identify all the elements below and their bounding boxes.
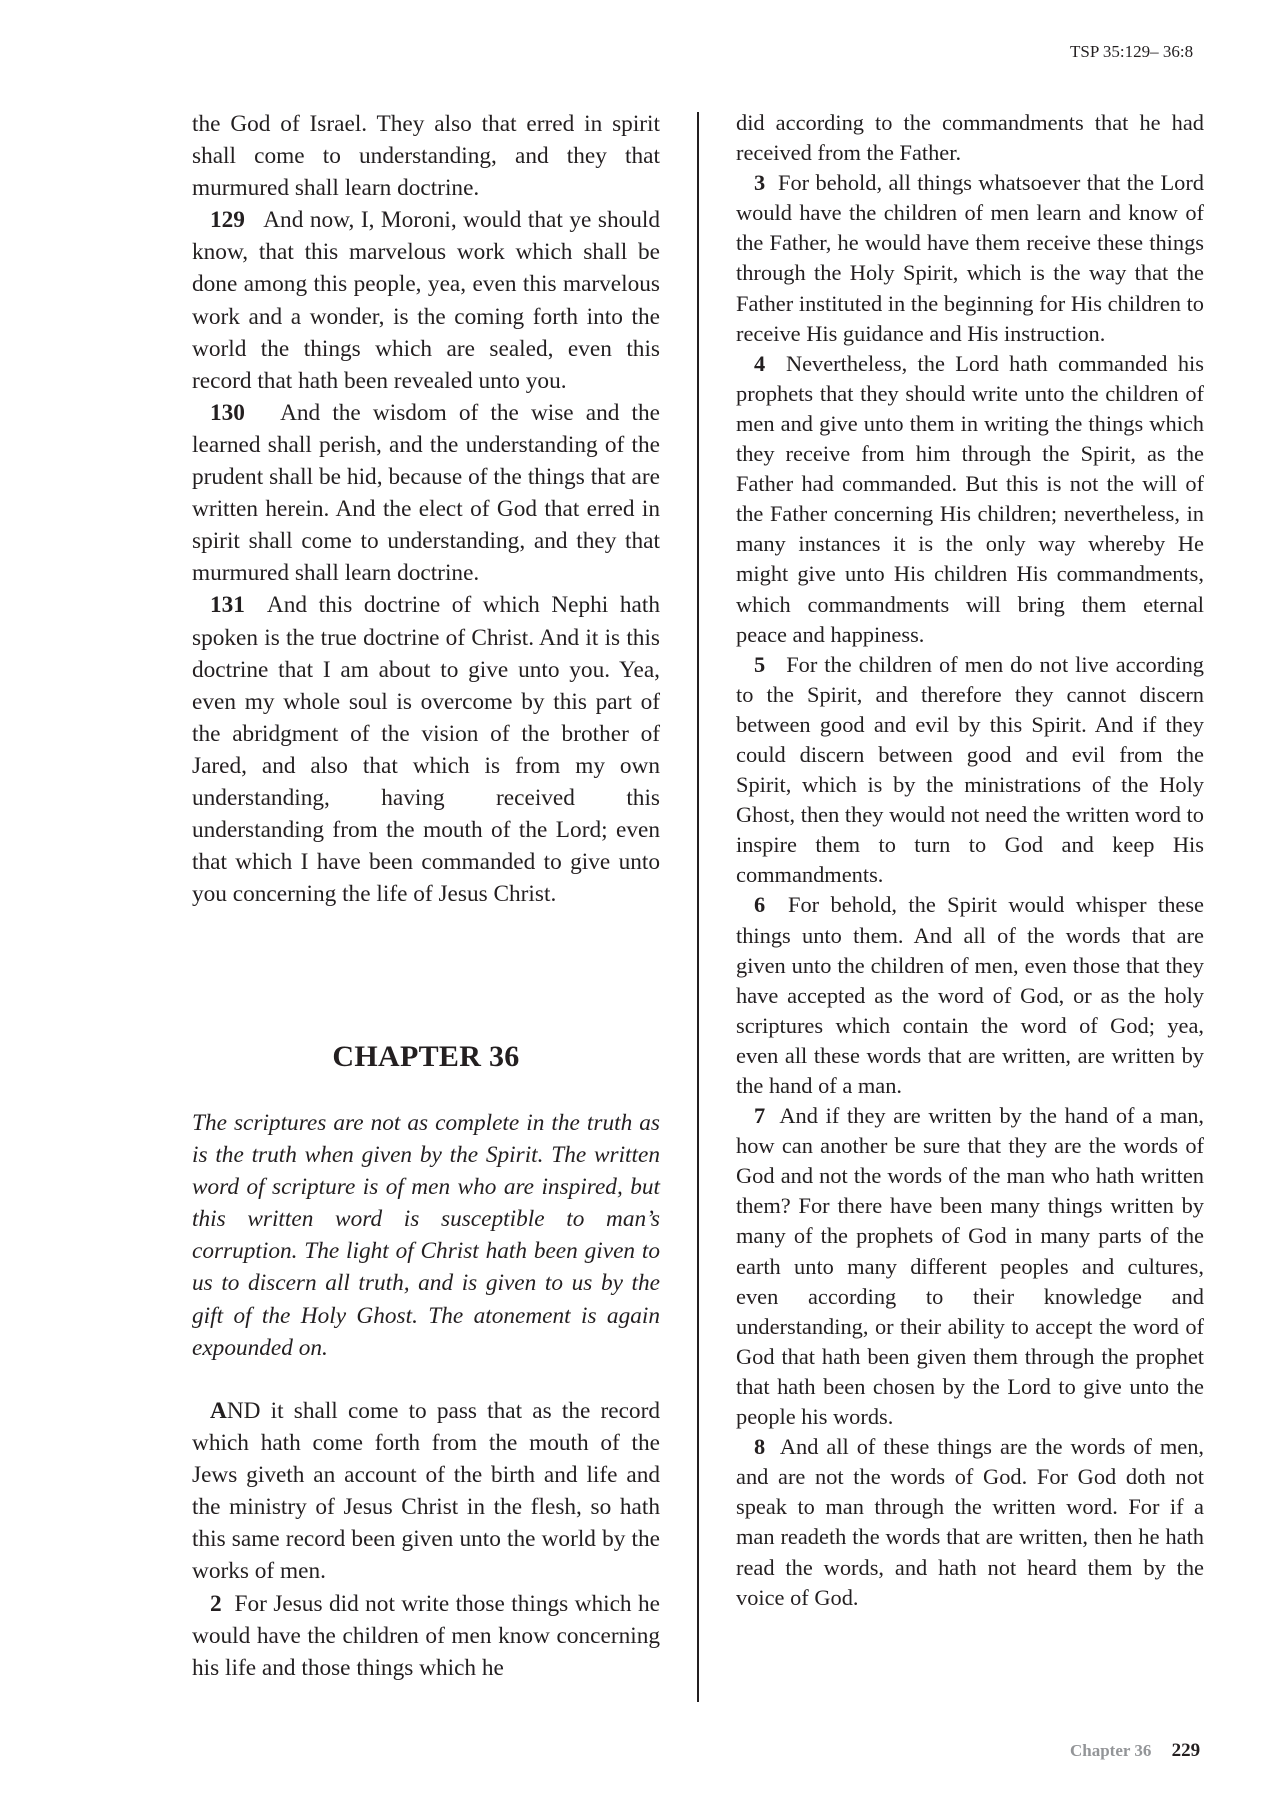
verse-5: 5 For the children of men do not live ac… [736, 650, 1204, 891]
verse-text: Nevertheless, the Lord hath commanded hi… [736, 351, 1204, 647]
verse-number: 131 [210, 592, 245, 618]
verse-text: And if they are written by the hand of a… [736, 1103, 1204, 1429]
verse-text: And now, I, Moroni, would that ye should… [192, 207, 660, 393]
verse-129: 129 And now, I, Moroni, would that ye sh… [192, 204, 660, 397]
footer-chapter-label: Chapter 36 [1070, 1741, 1151, 1760]
page-footer: Chapter 36 229 [1070, 1740, 1200, 1762]
verse-8: 8 And all of these things are the words … [736, 1432, 1204, 1613]
verse-number: 8 [754, 1434, 765, 1459]
verse-text: And all of these things are the words of… [736, 1434, 1204, 1609]
right-column: did according to the commandments that h… [736, 108, 1204, 1613]
verse-6: 6 For behold, the Spirit would whisper t… [736, 890, 1204, 1101]
verse-3: 3 For behold, all things whatsoever that… [736, 168, 1204, 349]
page-number: 229 [1172, 1740, 1201, 1761]
verse-130: 130 And the wisdom of the wise and the l… [192, 397, 660, 590]
verse-4: 4 Nevertheless, the Lord hath commanded … [736, 349, 1204, 650]
chapter-summary: The scriptures are not as complete in th… [192, 1107, 660, 1364]
column-divider [697, 112, 699, 1702]
running-head: TSP 35:129– 36:8 [1070, 42, 1193, 62]
verse-number: 129 [210, 207, 245, 233]
verse-text: And this doctrine of which Nephi hath sp… [192, 592, 660, 907]
verse-text: For behold, all things whatsoever that t… [736, 170, 1204, 345]
verse-number: 2 [210, 1591, 222, 1617]
verse-number: 3 [754, 170, 765, 195]
continuation-text: the God of Israel. They also that erred … [192, 108, 660, 204]
verse-1: AND it shall come to pass that as the re… [192, 1395, 660, 1588]
verse-number: 5 [754, 652, 765, 677]
verse-7: 7 And if they are written by the hand of… [736, 1101, 1204, 1432]
verse-number: 7 [754, 1103, 765, 1128]
verse-text: And the wisdom of the wise and the learn… [192, 400, 660, 586]
verse-number: 130 [210, 400, 245, 426]
small-caps-lead: ND [227, 1398, 261, 1424]
verse-number: 6 [754, 892, 765, 917]
verse-2: 2 For Jesus did not write those things w… [192, 1588, 660, 1684]
drop-cap: A [210, 1398, 227, 1424]
verse-number: 4 [754, 351, 765, 376]
verse-text: For behold, the Spirit would whisper the… [736, 892, 1204, 1098]
verse-text: For the children of men do not live acco… [736, 652, 1204, 888]
chapter-body: AND it shall come to pass that as the re… [192, 1395, 660, 1684]
verse-131: 131 And this doctrine of which Nephi hat… [192, 589, 660, 910]
verse-text: For Jesus did not write those things whi… [192, 1591, 660, 1681]
left-column: the God of Israel. They also that erred … [192, 108, 660, 910]
verse-text: it shall come to pass that as the record… [192, 1398, 660, 1584]
chapter-title: CHAPTER 36 [192, 1040, 660, 1074]
continuation-text: did according to the commandments that h… [736, 108, 1204, 168]
